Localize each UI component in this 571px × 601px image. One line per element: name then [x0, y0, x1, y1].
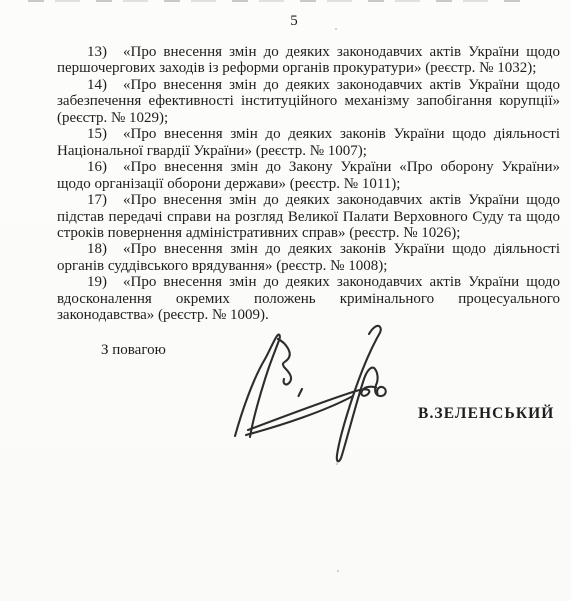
- item-text: «Про внесення змін до деяких законодавчи…: [57, 44, 560, 76]
- item-text: «Про внесення змін до Закону України «Пр…: [57, 159, 560, 191]
- list-item: 13)«Про внесення змін до деяких законода…: [57, 44, 560, 77]
- item-text: «Про внесення змін до деяких законодавчи…: [57, 192, 560, 241]
- item-number: 18): [87, 241, 107, 257]
- item-number: 15): [87, 126, 107, 142]
- scan-speck: [337, 570, 339, 572]
- closing-salutation: З повагою: [101, 342, 166, 359]
- scan-edge-artifact: [28, 0, 526, 2]
- list-item: 15)«Про внесення змін до деяких законів …: [57, 126, 560, 159]
- scan-speck: [335, 28, 337, 30]
- item-number: 19): [87, 274, 107, 290]
- scanned-document-page: 5 13)«Про внесення змін до деяких законо…: [0, 0, 571, 601]
- list-item: 19)«Про внесення змін до деяких законода…: [57, 274, 560, 323]
- item-number: 17): [87, 192, 107, 208]
- item-text: «Про внесення змін до деяких законодавчи…: [57, 274, 560, 323]
- list-item: 16)«Про внесення змін до Закону України …: [57, 159, 560, 192]
- item-number: 16): [87, 159, 107, 175]
- item-number: 13): [87, 44, 107, 60]
- item-text: «Про внесення змін до деяких законів Укр…: [57, 126, 560, 158]
- list-item: 14)«Про внесення змін до деяких законода…: [57, 77, 560, 126]
- list-item: 17)«Про внесення змін до деяких законода…: [57, 192, 560, 241]
- document-body: 13)«Про внесення змін до деяких законода…: [57, 44, 560, 324]
- item-text: «Про внесення змін до деяких законів Укр…: [57, 241, 560, 273]
- item-number: 14): [87, 77, 107, 93]
- list-item: 18)«Про внесення змін до деяких законів …: [57, 241, 560, 274]
- item-text: «Про внесення змін до деяких законодавчи…: [57, 77, 560, 126]
- handwritten-signature-icon: [225, 323, 410, 473]
- signer-name: В.ЗЕЛЕНСЬКИЙ: [418, 405, 554, 423]
- page-number: 5: [270, 13, 318, 30]
